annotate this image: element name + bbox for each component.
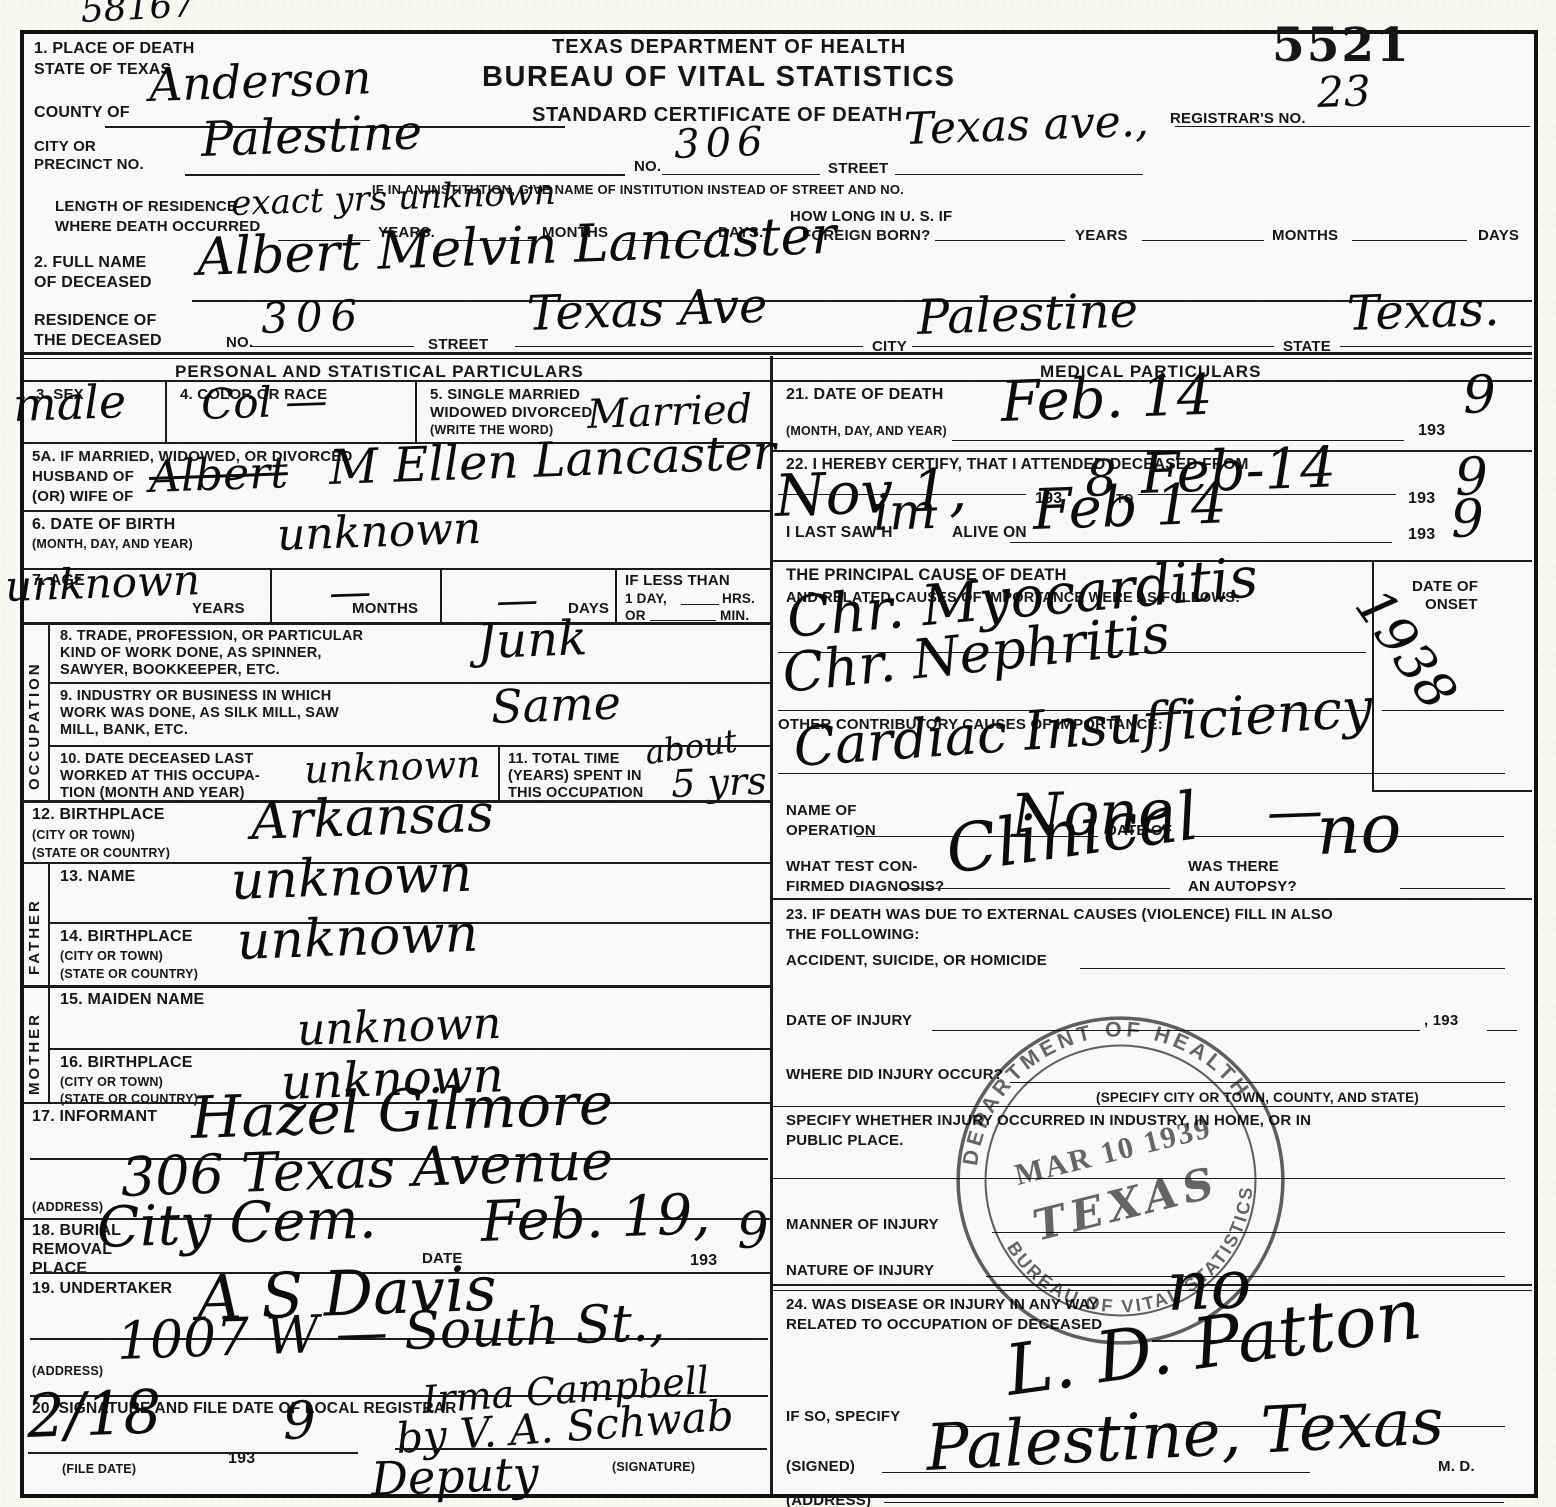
autopsy-rule: [1400, 888, 1505, 889]
other-causes-rule: [778, 773, 1505, 774]
to-year-printed: 193: [1408, 490, 1435, 509]
last-saw-date: Feb 14: [1032, 471, 1228, 543]
attended-from-value: Nov 1,: [774, 455, 968, 530]
s8-label-2: KIND OF WORK DONE, AS SPINNER,: [60, 645, 322, 662]
s13-value: unknown: [230, 844, 473, 912]
residence-city-value: Palestine: [916, 282, 1139, 346]
s16-label-2: (CITY OR TOWN): [60, 1075, 163, 1090]
age-less-label-1: IF LESS THAN: [625, 572, 730, 590]
operation-label-2: OPERATION: [786, 822, 876, 840]
date-of-injury-year: , 193: [1424, 1012, 1458, 1030]
dod-year-printed: 193: [1418, 422, 1445, 441]
s8-value: Junk: [476, 610, 588, 670]
mother-band-divider: [48, 985, 50, 1102]
s9-label-3: MILL, BANK, ETC.: [60, 722, 188, 739]
burial-label-3: PLACE: [32, 1260, 87, 1279]
accident-rule: [1080, 968, 1505, 969]
mother-vertical-label: MOTHER: [26, 1005, 43, 1095]
s10-label-1: 10. DATE DECEASED LAST: [60, 751, 253, 768]
us-months-label: MONTHS: [1272, 227, 1338, 245]
s9-label-1: 9. INDUSTRY OR BUSINESS IN WHICH: [60, 688, 331, 705]
s23-label-2: THE FOLLOWING:: [786, 926, 920, 944]
age-less-label-2b: HRS.: [722, 591, 755, 607]
personal-title-rule: [22, 380, 770, 382]
s12-value: Arkansas: [250, 784, 495, 852]
cell-divider-3-4: [165, 382, 167, 442]
s14-label-3: (STATE OR COUNTRY): [60, 967, 198, 982]
burial-value: City Cem.: [96, 1186, 378, 1261]
residence-no-value: 306: [260, 290, 366, 343]
age-hrs-rule: [681, 604, 719, 605]
residence-city-rule: [912, 346, 1274, 347]
s12-label-2: (CITY OR TOWN): [32, 828, 135, 843]
s11-value-2: 5 yrs: [670, 759, 767, 806]
age-value: unknown: [4, 555, 200, 611]
registrar-signature-3: Deputy: [370, 1446, 539, 1506]
marital-label-2: WIDOWED DIVORCED: [430, 404, 592, 422]
place-of-death-label: 1. PLACE OF DEATH: [34, 40, 194, 59]
s16-label-3: (STATE OR COUNTRY): [60, 1092, 198, 1107]
age-less-label-2a: 1 DAY,: [625, 591, 667, 607]
residence-state-rule: [1340, 346, 1532, 347]
street-rule: [895, 174, 1143, 175]
street-no-value: 306: [673, 119, 769, 168]
residence-street-value: Texas Ave: [526, 278, 768, 342]
sex-value: male: [12, 374, 127, 432]
signed-label: (SIGNED): [786, 1458, 855, 1476]
county-value: Anderson: [148, 50, 372, 112]
certificate-number: 5521: [1272, 18, 1411, 73]
age-divider-3: [615, 568, 617, 622]
cell-divider-10-11: [498, 745, 500, 800]
undertaker-addr-label: (ADDRESS): [32, 1364, 103, 1379]
age-divider-1: [270, 568, 272, 622]
city-label-1: CITY OR: [34, 138, 96, 156]
registrar-no-value: 23: [1316, 66, 1371, 117]
bureau-title: BUREAU OF VITAL STATISTICS: [482, 60, 955, 94]
row-rule-7: [22, 622, 770, 625]
registrar-rule: [1175, 126, 1530, 127]
father-vertical-label: FATHER: [26, 885, 43, 975]
s11-label-1: 11. TOTAL TIME: [508, 751, 620, 768]
s15-label: 15. MAIDEN NAME: [60, 991, 204, 1010]
fullname-rule: [192, 300, 1532, 302]
date-of-injury-year-rule: [1487, 1030, 1517, 1031]
informant-addr-label: (ADDRESS): [32, 1200, 103, 1215]
dod-year-hw: 9: [1462, 365, 1497, 426]
file-year-hw: 9: [282, 1391, 317, 1452]
us-rule-2: [1142, 240, 1264, 241]
row-rule-test: [770, 898, 1532, 900]
date-of-death-value: Feb. 14: [1000, 363, 1214, 435]
birthdate-value: unknown: [276, 503, 482, 561]
age-months-label: MONTHS: [352, 600, 418, 618]
operation-label-1: NAME OF: [786, 802, 857, 820]
s12-label-3: (STATE OR COUNTRY): [32, 846, 170, 861]
address-label: (ADDRESS): [786, 1492, 871, 1507]
last-saw-hw: im: [872, 482, 937, 542]
address-rule: [884, 1502, 1504, 1503]
s5a-label-3: (OR) WIFE OF: [32, 488, 134, 506]
s13-label: 13. NAME: [60, 868, 135, 887]
residence-no-label: NO.: [226, 334, 253, 352]
race-value: Col —: [200, 376, 328, 429]
test-rule: [902, 888, 1170, 889]
manner-label: MANNER OF INJURY: [786, 1216, 939, 1234]
if-so-label: IF SO, SPECIFY: [786, 1408, 901, 1426]
age-divider-2: [440, 568, 442, 622]
s12-label-1: 12. BIRTHPLACE: [32, 806, 165, 825]
serial-number: 58167: [80, 0, 197, 31]
us-rule-3: [1352, 240, 1467, 241]
date-of-death-label: 21. DATE OF DEATH: [786, 386, 944, 405]
street-value: Texas ave.,: [903, 95, 1149, 155]
onset-rule: [1382, 710, 1504, 711]
residence-label-1: RESIDENCE OF: [34, 312, 156, 331]
us-years-label: YEARS: [1075, 227, 1128, 245]
last-saw-label-2: ALIVE ON: [952, 524, 1027, 542]
s14-value: unknown: [236, 904, 479, 972]
test-label-2: FIRMED DIAGNOSIS?: [786, 878, 944, 896]
occupation-band-divider: [48, 622, 50, 800]
s9-value: Same: [490, 676, 622, 734]
occupation-vertical-label: OCCUPATION: [26, 640, 43, 790]
fullname-label-1: 2. FULL NAME: [34, 254, 146, 273]
birthdate-label-2: (MONTH, DAY, AND YEAR): [32, 537, 193, 552]
saw-year-hw: 9: [1450, 489, 1485, 550]
residence-street-rule: [515, 346, 863, 347]
file-date-rule: [28, 1452, 358, 1454]
section-divider-thin: [22, 358, 1532, 359]
age-min-rule: [650, 620, 716, 621]
test-label-1: WHAT TEST CON-: [786, 858, 918, 876]
s23-label-1: 23. IF DEATH WAS DUE TO EXTERNAL CAUSES …: [786, 906, 1333, 924]
birthdate-label-1: 6. DATE OF BIRTH: [32, 516, 175, 535]
s14-label-2: (CITY OR TOWN): [60, 949, 163, 964]
file-date-caption: (FILE DATE): [62, 1462, 136, 1477]
signature-caption: (SIGNATURE): [612, 1460, 695, 1475]
column-divider: [770, 356, 773, 1494]
street-no-label: NO.: [634, 158, 661, 176]
md-label: M. D.: [1438, 1458, 1475, 1476]
city-value: Palestine: [200, 104, 423, 168]
city-rule: [185, 174, 625, 176]
fullname-label-2: OF DECEASED: [34, 274, 152, 293]
residence-length-label-1: LENGTH OF RESIDENCE: [55, 198, 237, 216]
onset-label-2: ONSET: [1425, 596, 1478, 614]
date-of-injury-label: DATE OF INJURY: [786, 1012, 912, 1030]
s11-label-2: (YEARS) SPENT IN: [508, 768, 642, 785]
s9-label-2: WORK WAS DONE, AS SILK MILL, SAW: [60, 705, 339, 722]
burial-year-printed: 193: [690, 1252, 717, 1271]
s14-label-1: 14. BIRTHPLACE: [60, 928, 193, 947]
s8-label-3: SAWYER, BOOKKEEPER, ETC.: [60, 662, 280, 679]
us-days-label: DAYS: [1478, 227, 1519, 245]
row-rule-8: [48, 682, 770, 684]
s5a-value-struck: Albert: [148, 447, 288, 503]
cell-divider-4-5: [415, 382, 417, 442]
death-certificate-scan: 58167 1. PLACE OF DEATH STATE OF TEXAS T…: [0, 0, 1556, 1507]
undertaker-label: 19. UNDERTAKER: [32, 1280, 172, 1299]
informant-label: 17. INFORMANT: [32, 1108, 157, 1127]
s16-label-1: 16. BIRTHPLACE: [60, 1054, 193, 1073]
file-date-value: 2/18: [26, 1377, 163, 1452]
last-saw-rule: [1010, 542, 1392, 543]
autopsy-value: no: [1315, 789, 1402, 871]
county-label: COUNTY OF: [34, 104, 130, 123]
s10-label-2: WORKED AT THIS OCCUPA-: [60, 768, 260, 785]
age-years-label: YEARS: [192, 600, 245, 618]
nature-label: NATURE OF INJURY: [786, 1262, 934, 1280]
onset-label-1: DATE OF: [1412, 578, 1478, 596]
residence-no-rule: [252, 346, 414, 347]
s5a-label-2: HUSBAND OF: [32, 468, 134, 486]
city-label-2: PRECINCT NO.: [34, 156, 144, 174]
autopsy-label-2: AN AUTOPSY?: [1188, 878, 1297, 896]
row-rule-14: [22, 985, 770, 988]
date-of-death-sub: (MONTH, DAY, AND YEAR): [786, 424, 947, 439]
specify-whether-label-2: PUBLIC PLACE.: [786, 1132, 904, 1150]
street-label: STREET: [828, 160, 888, 178]
street-no-rule: [662, 174, 820, 175]
section-divider-heavy: [22, 352, 1532, 355]
us-rule-1: [935, 240, 1065, 241]
residence-state-value: Texas.: [1346, 281, 1500, 342]
residence-label-2: THE DECEASED: [34, 332, 162, 351]
saw-year-printed: 193: [1408, 526, 1435, 545]
dept-title: TEXAS DEPARTMENT OF HEALTH: [552, 36, 906, 60]
burial-year-hw: 9: [736, 1201, 770, 1260]
accident-label: ACCIDENT, SUICIDE, OR HOMICIDE: [786, 952, 1047, 970]
s8-label-1: 8. TRADE, PROFESSION, OR PARTICULAR: [60, 628, 363, 645]
autopsy-label-1: WAS THERE: [1188, 858, 1279, 876]
burial-date-value: Feb. 19,: [480, 1182, 712, 1255]
marital-label-1: 5. SINGLE MARRIED: [430, 386, 580, 404]
